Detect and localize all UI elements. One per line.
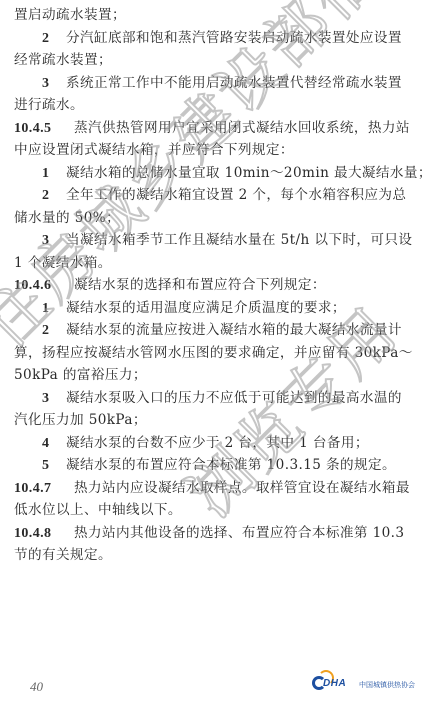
line-text: 算，扬程应按凝结水管网水压图的要求确定，并应留有 30kPa～ [14, 345, 413, 361]
line-text: 储水量的 50%； [14, 210, 120, 226]
clause-number: 10.4.7 [14, 478, 74, 501]
text-line: 进行疏水。 [14, 94, 419, 117]
item-number: 2 [42, 28, 66, 51]
text-line: 算，扬程应按凝结水管网水压图的要求确定，并应留有 30kPa～ [14, 342, 419, 365]
clause-heading: 10.4.6凝结水泵的选择和布置应符合下列规定： [14, 274, 419, 297]
line-text: 经常疏水装置； [14, 52, 112, 68]
item-number: 5 [42, 455, 66, 478]
clause-number: 10.4.6 [14, 275, 74, 298]
item-text: 凝结水箱的总储水量宜取 10min～20min 最大凝结水量； [66, 165, 431, 181]
item-number: 4 [42, 433, 66, 456]
item-text: 凝结水泵的台数不应少于 2 台，其中 1 台备用； [66, 435, 369, 451]
line-text: 低水位以上、中轴线以下。 [14, 502, 182, 518]
item-text: 全年工作的凝结水箱宜设置 2 个，每个水箱容积应为总 [66, 187, 406, 203]
list-item: 1凝结水泵的适用温度应满足介质温度的要求； [14, 297, 419, 320]
logo-org-name: 中国城镇供热协会 [359, 680, 415, 690]
item-text: 凝结水泵的布置应符合本标准第 10.3.15 条的规定。 [66, 457, 396, 473]
clause-heading: 10.4.7热力站内应设凝结水取样点。取样管宜设在凝结水箱最 [14, 477, 419, 500]
dha-logo-icon: DHA [312, 672, 354, 692]
list-item: 1凝结水箱的总储水量宜取 10min～20min 最大凝结水量； [14, 162, 419, 185]
item-text: 凝结水泵的流量应按进入凝结水箱的最大凝结水流量计 [66, 322, 402, 338]
document-body: 置启动疏水装置； 2分汽缸底部和饱和蒸汽管路安装启动疏水装置处应设置 经常疏水装… [14, 4, 419, 567]
page-number: 40 [30, 679, 43, 695]
list-item: 4凝结水泵的台数不应少于 2 台，其中 1 台备用； [14, 432, 419, 455]
item-number: 2 [42, 185, 66, 208]
item-text: 当凝结水箱季节工作且凝结水量在 5t/h 以下时，可只设 [66, 232, 412, 248]
clause-number: 10.4.5 [14, 118, 74, 141]
line-text: 1 个凝结水箱。 [14, 255, 112, 271]
line-text: 进行疏水。 [14, 97, 84, 113]
text-line: 1 个凝结水箱。 [14, 252, 419, 275]
line-text: 中应设置闭式凝结水箱，并应符合下列规定： [14, 142, 294, 158]
item-number: 3 [42, 388, 66, 411]
text-line: 经常疏水装置； [14, 49, 419, 72]
clause-heading: 10.4.8热力站内其他设备的选择、布置应符合本标准第 10.3 [14, 522, 419, 545]
item-text: 分汽缸底部和饱和蒸汽管路安装启动疏水装置处应设置 [66, 30, 402, 46]
line-text: 50kPa 的富裕压力； [14, 367, 147, 383]
item-number: 3 [42, 73, 66, 96]
clause-heading: 10.4.5蒸汽供热管网用户宜采用闭式凝结水回收系统，热力站 [14, 117, 419, 140]
clause-number: 10.4.8 [14, 523, 74, 546]
clause-text: 蒸汽供热管网用户宜采用闭式凝结水回收系统，热力站 [74, 120, 410, 136]
item-number: 1 [42, 298, 66, 321]
text-line: 节的有关规定。 [14, 544, 419, 567]
line-text: 节的有关规定。 [14, 547, 112, 563]
clause-text: 热力站内其他设备的选择、布置应符合本标准第 10.3 [74, 525, 404, 541]
item-text: 凝结水泵的适用温度应满足介质温度的要求； [66, 300, 346, 316]
list-item: 2凝结水泵的流量应按进入凝结水箱的最大凝结水流量计 [14, 319, 419, 342]
text-line: 储水量的 50%； [14, 207, 419, 230]
item-number: 2 [42, 320, 66, 343]
text-line: 50kPa 的富裕压力； [14, 364, 419, 387]
list-item: 2全年工作的凝结水箱宜设置 2 个，每个水箱容积应为总 [14, 184, 419, 207]
text-line: 汽化压力加 50kPa； [14, 409, 419, 432]
item-number: 1 [42, 163, 66, 186]
item-text: 系统正常工作中不能用启动疏水装置代替经常疏水装置 [66, 75, 402, 91]
line-text: 置启动疏水装置； [14, 7, 126, 23]
line-text: 汽化压力加 50kPa； [14, 412, 147, 428]
clause-text: 凝结水泵的选择和布置应符合下列规定： [74, 277, 326, 293]
text-line: 低水位以上、中轴线以下。 [14, 499, 419, 522]
list-item: 5凝结水泵的布置应符合本标准第 10.3.15 条的规定。 [14, 454, 419, 477]
list-item: 3当凝结水箱季节工作且凝结水量在 5t/h 以下时，可只设 [14, 229, 419, 252]
text-line: 中应设置闭式凝结水箱，并应符合下列规定： [14, 139, 419, 162]
item-number: 3 [42, 230, 66, 253]
logo-abbreviation: DHA [323, 678, 346, 689]
item-text: 凝结水泵吸入口的压力不应低于可能达到的最高水温的 [66, 390, 402, 406]
publisher-logo: DHA 中国城镇供热协会 [312, 672, 415, 692]
list-item: 3凝结水泵吸入口的压力不应低于可能达到的最高水温的 [14, 387, 419, 410]
clause-text: 热力站内应设凝结水取样点。取样管宜设在凝结水箱最 [74, 480, 410, 496]
text-line: 置启动疏水装置； [14, 4, 419, 27]
list-item: 3系统正常工作中不能用启动疏水装置代替经常疏水装置 [14, 72, 419, 95]
list-item: 2分汽缸底部和饱和蒸汽管路安装启动疏水装置处应设置 [14, 27, 419, 50]
